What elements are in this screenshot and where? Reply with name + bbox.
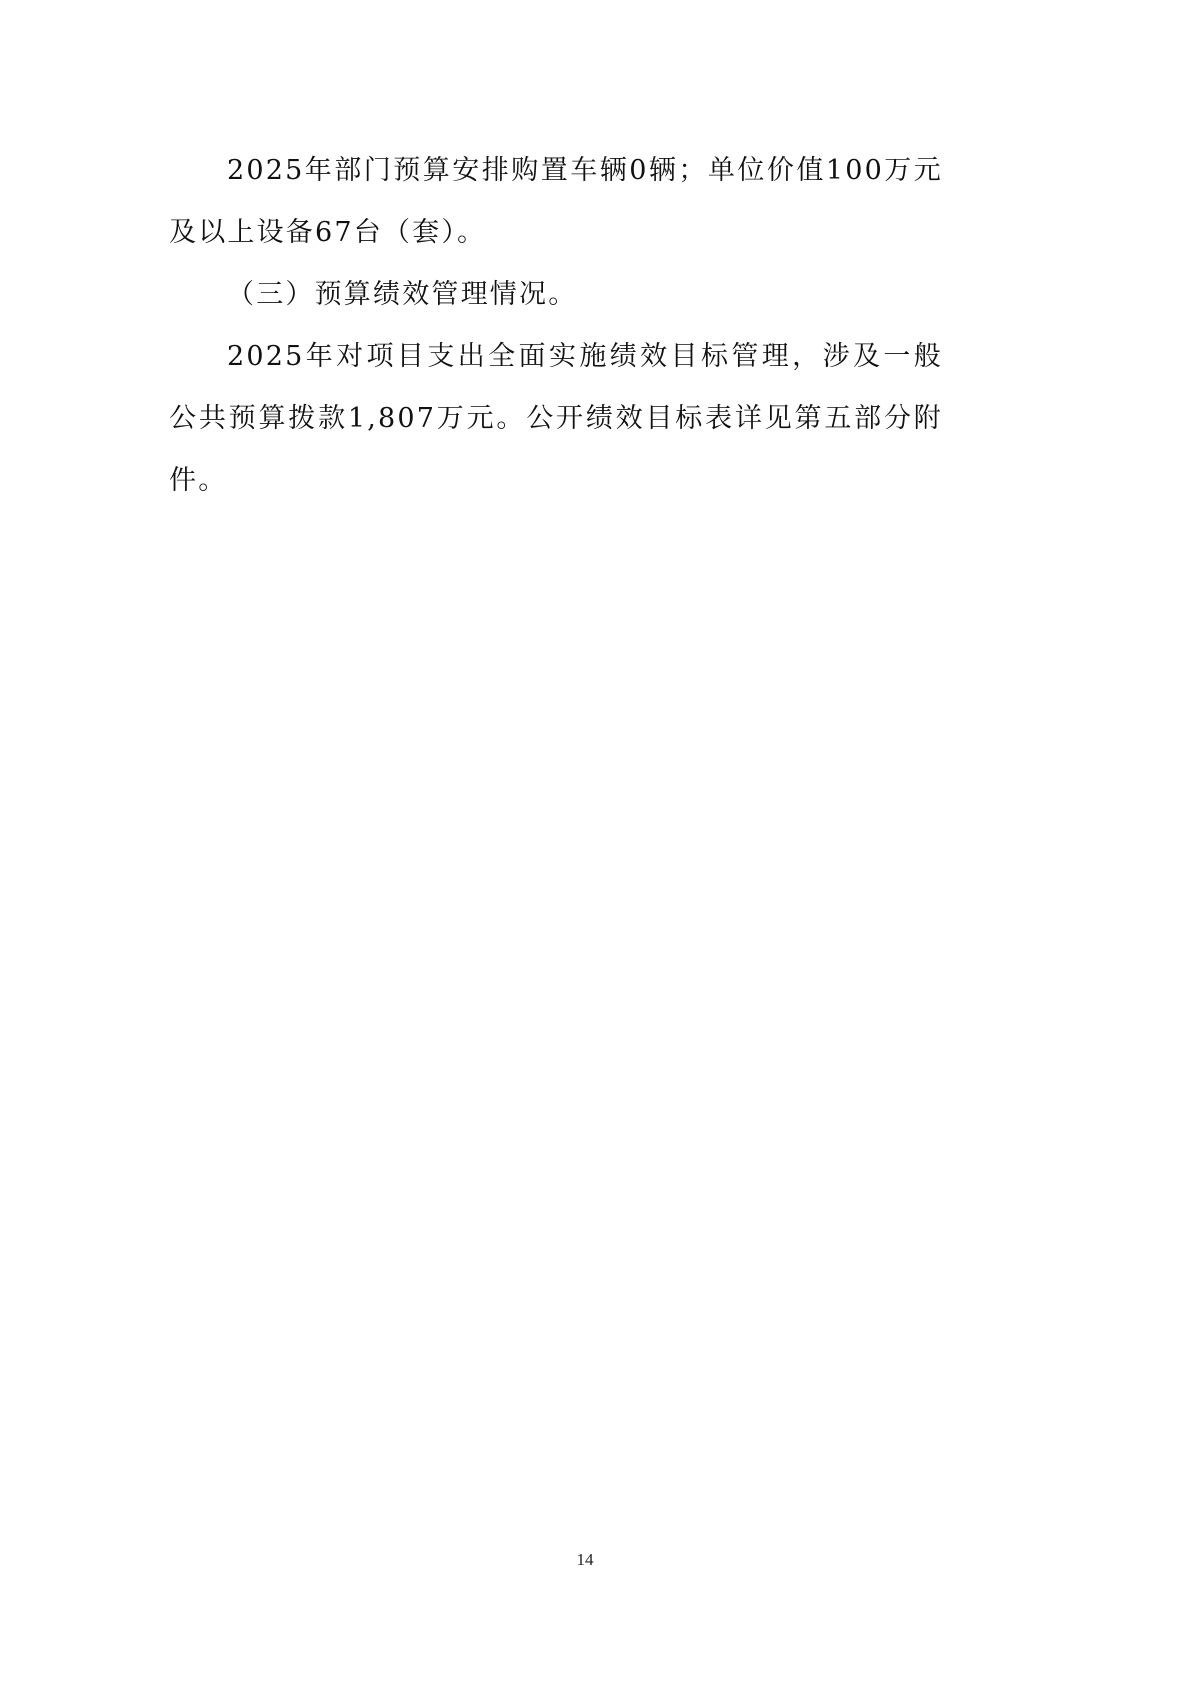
document-page: 2025年部门预算安排购置车辆0辆；单位价值100万元及以上设备67台（套）。 …: [0, 0, 1200, 1697]
document-body: 2025年部门预算安排购置车辆0辆；单位价值100万元及以上设备67台（套）。 …: [169, 140, 943, 512]
section-heading-performance-management: （三）预算绩效管理情况。: [169, 264, 943, 326]
paragraph-vehicle-equipment: 2025年部门预算安排购置车辆0辆；单位价值100万元及以上设备67台（套）。: [169, 140, 943, 264]
paragraph-performance-targets: 2025年对项目支出全面实施绩效目标管理，涉及一般公共预算拨款1,807万元。公…: [169, 326, 943, 512]
page-number: 14: [0, 1550, 1170, 1570]
